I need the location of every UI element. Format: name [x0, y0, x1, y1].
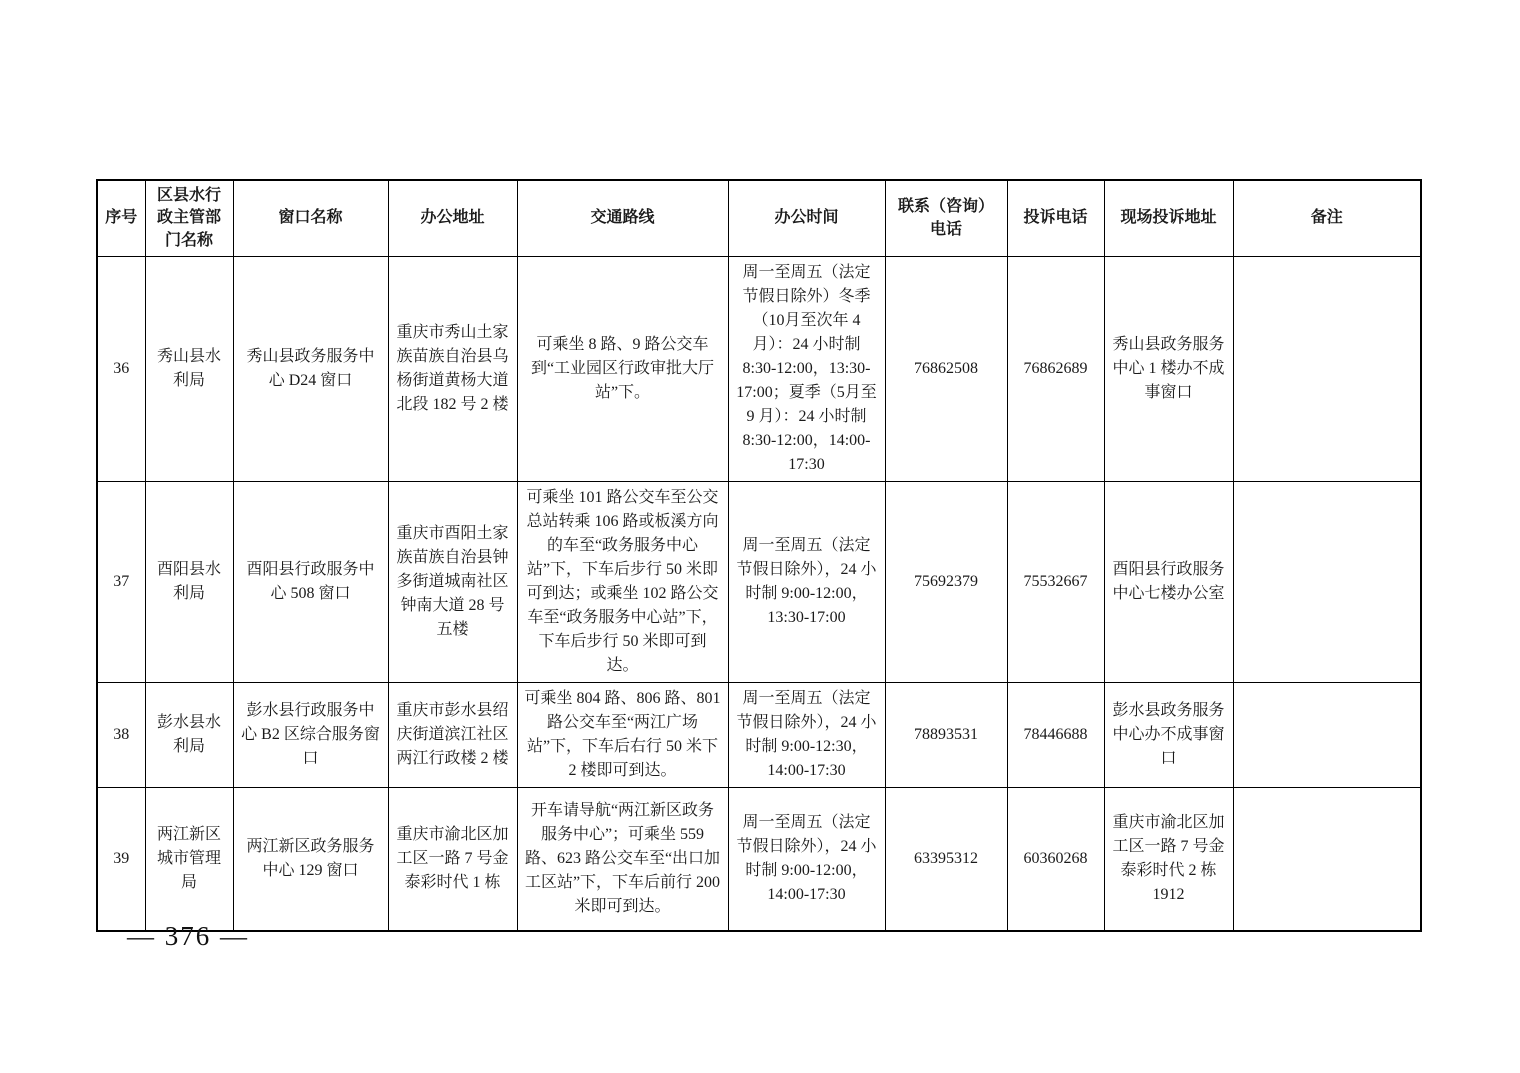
cell-route: 可乘坐 804 路、806 路、801 路公交车至“两江广场站”下，下车后右行 …: [517, 683, 728, 788]
table-header-row: 序号 区县水行政主管部门名称 窗口名称 办公地址 交通路线 办公时间 联系（咨询…: [97, 180, 1421, 257]
cell-route: 可乘坐 101 路公交车至公交总站转乘 106 路或板溪方向的车至“政务服务中心…: [517, 482, 728, 683]
col-header-complaint-address: 现场投诉地址: [1104, 180, 1233, 257]
cell-hours: 周一至周五（法定节假日除外），24 小时制 9:00-12:00，13:30-1…: [728, 482, 885, 683]
cell-phone: 76862508: [885, 257, 1007, 482]
cell-complaint-phone: 76862689: [1007, 257, 1104, 482]
col-header-department: 区县水行政主管部门名称: [145, 180, 233, 257]
service-windows-table: 序号 区县水行政主管部门名称 窗口名称 办公地址 交通路线 办公时间 联系（咨询…: [96, 179, 1422, 932]
cell-window: 秀山县政务服务中心 D24 窗口: [233, 257, 388, 482]
cell-complaint-phone: 78446688: [1007, 683, 1104, 788]
col-header-address: 办公地址: [388, 180, 517, 257]
cell-address: 重庆市酉阳土家族苗族自治县钟多街道城南社区钟南大道 28 号五楼: [388, 482, 517, 683]
cell-department: 两江新区城市管理局: [145, 788, 233, 931]
cell-hours: 周一至周五（法定节假日除外）冬季（10月至次年 4 月）：24 小时制 8:30…: [728, 257, 885, 482]
cell-window: 酉阳县行政服务中心 508 窗口: [233, 482, 388, 683]
cell-department: 秀山县水利局: [145, 257, 233, 482]
col-header-phone: 联系（咨询）电话: [885, 180, 1007, 257]
cell-address: 重庆市渝北区加工区一路 7 号金泰彩时代 1 栋: [388, 788, 517, 931]
table-row: 37 酉阳县水利局 酉阳县行政服务中心 508 窗口 重庆市酉阳土家族苗族自治县…: [97, 482, 1421, 683]
cell-seq: 38: [97, 683, 145, 788]
cell-seq: 36: [97, 257, 145, 482]
cell-address: 重庆市秀山土家族苗族自治县乌杨街道黄杨大道北段 182 号 2 楼: [388, 257, 517, 482]
cell-department: 彭水县水利局: [145, 683, 233, 788]
table-row: 36 秀山县水利局 秀山县政务服务中心 D24 窗口 重庆市秀山土家族苗族自治县…: [97, 257, 1421, 482]
cell-remark: [1233, 257, 1421, 482]
cell-complaint-address: 重庆市渝北区加工区一路 7 号金泰彩时代 2 栋 1912: [1104, 788, 1233, 931]
cell-phone: 63395312: [885, 788, 1007, 931]
cell-remark: [1233, 788, 1421, 931]
cell-complaint-phone: 60360268: [1007, 788, 1104, 931]
col-header-hours: 办公时间: [728, 180, 885, 257]
cell-seq: 39: [97, 788, 145, 931]
cell-remark: [1233, 683, 1421, 788]
col-header-remark: 备注: [1233, 180, 1421, 257]
cell-department: 酉阳县水利局: [145, 482, 233, 683]
col-header-route: 交通路线: [517, 180, 728, 257]
col-header-complaint-phone: 投诉电话: [1007, 180, 1104, 257]
cell-address: 重庆市彭水县绍庆街道滨江社区两江行政楼 2 楼: [388, 683, 517, 788]
cell-complaint-address: 彭水县政务服务中心办不成事窗口: [1104, 683, 1233, 788]
cell-seq: 37: [97, 482, 145, 683]
cell-phone: 75692379: [885, 482, 1007, 683]
cell-window: 两江新区政务服务中心 129 窗口: [233, 788, 388, 931]
cell-complaint-address: 秀山县政务服务中心 1 楼办不成事窗口: [1104, 257, 1233, 482]
page-number: — 376 —: [127, 921, 249, 952]
cell-route: 可乘坐 8 路、9 路公交车到“工业园区行政审批大厅站”下。: [517, 257, 728, 482]
table-row: 38 彭水县水利局 彭水县行政服务中心 B2 区综合服务窗口 重庆市彭水县绍庆街…: [97, 683, 1421, 788]
col-header-seq: 序号: [97, 180, 145, 257]
document-page: 序号 区县水行政主管部门名称 窗口名称 办公地址 交通路线 办公时间 联系（咨询…: [0, 0, 1520, 1073]
cell-complaint-address: 酉阳县行政服务中心七楼办公室: [1104, 482, 1233, 683]
cell-window: 彭水县行政服务中心 B2 区综合服务窗口: [233, 683, 388, 788]
table-row: 39 两江新区城市管理局 两江新区政务服务中心 129 窗口 重庆市渝北区加工区…: [97, 788, 1421, 931]
cell-remark: [1233, 482, 1421, 683]
cell-hours: 周一至周五（法定节假日除外），24 小时制 9:00-12:30，14:00-1…: [728, 683, 885, 788]
cell-hours: 周一至周五（法定节假日除外），24 小时制 9:00-12:00，14:00-1…: [728, 788, 885, 931]
cell-route: 开车请导航“两江新区政务服务中心”；可乘坐 559 路、623 路公交车至“出口…: [517, 788, 728, 931]
col-header-window: 窗口名称: [233, 180, 388, 257]
cell-phone: 78893531: [885, 683, 1007, 788]
cell-complaint-phone: 75532667: [1007, 482, 1104, 683]
